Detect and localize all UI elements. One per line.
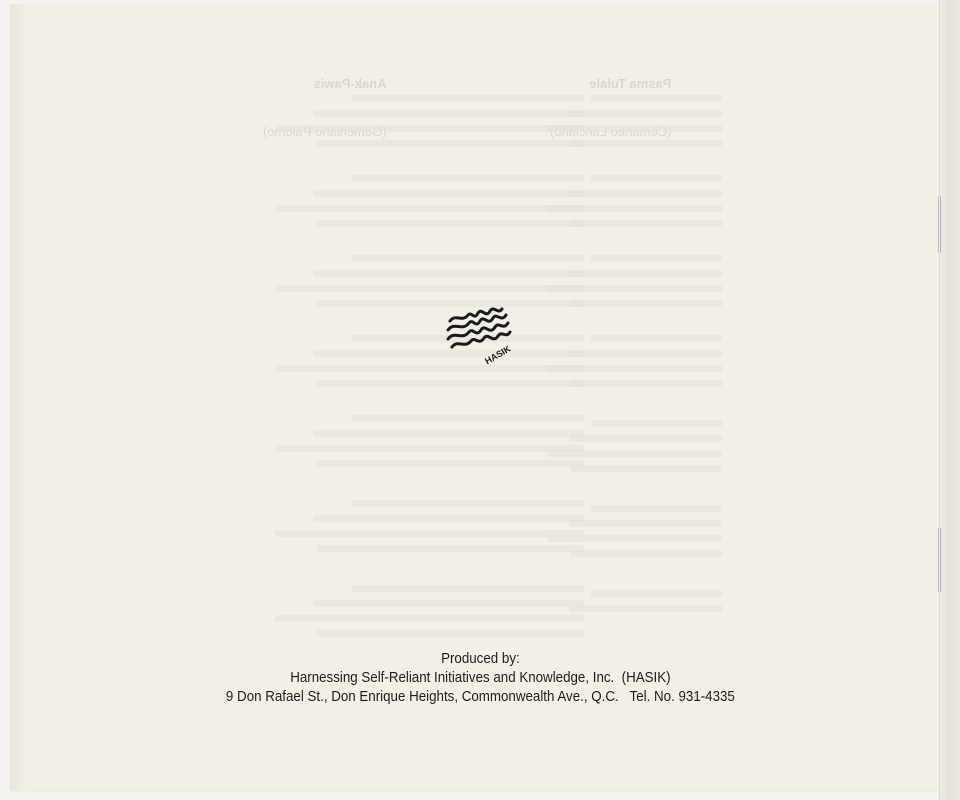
produced-by-heading: Produced by: — [39, 650, 922, 669]
scanned-page: Anak-Pawis (Gemeniano Palomo) Pasma Tula… — [0, 0, 960, 800]
credits-footer: Produced by: Harnessing Self-Reliant Ini… — [39, 650, 922, 707]
hasik-wave-logo-icon: HASIK — [444, 303, 516, 365]
svg-text:HASIK: HASIK — [483, 343, 513, 365]
organization-name: Harnessing Self-Reliant Initiatives and … — [39, 669, 922, 688]
organization-address: 9 Don Rafael St., Don Enrique Heights, C… — [39, 688, 922, 707]
